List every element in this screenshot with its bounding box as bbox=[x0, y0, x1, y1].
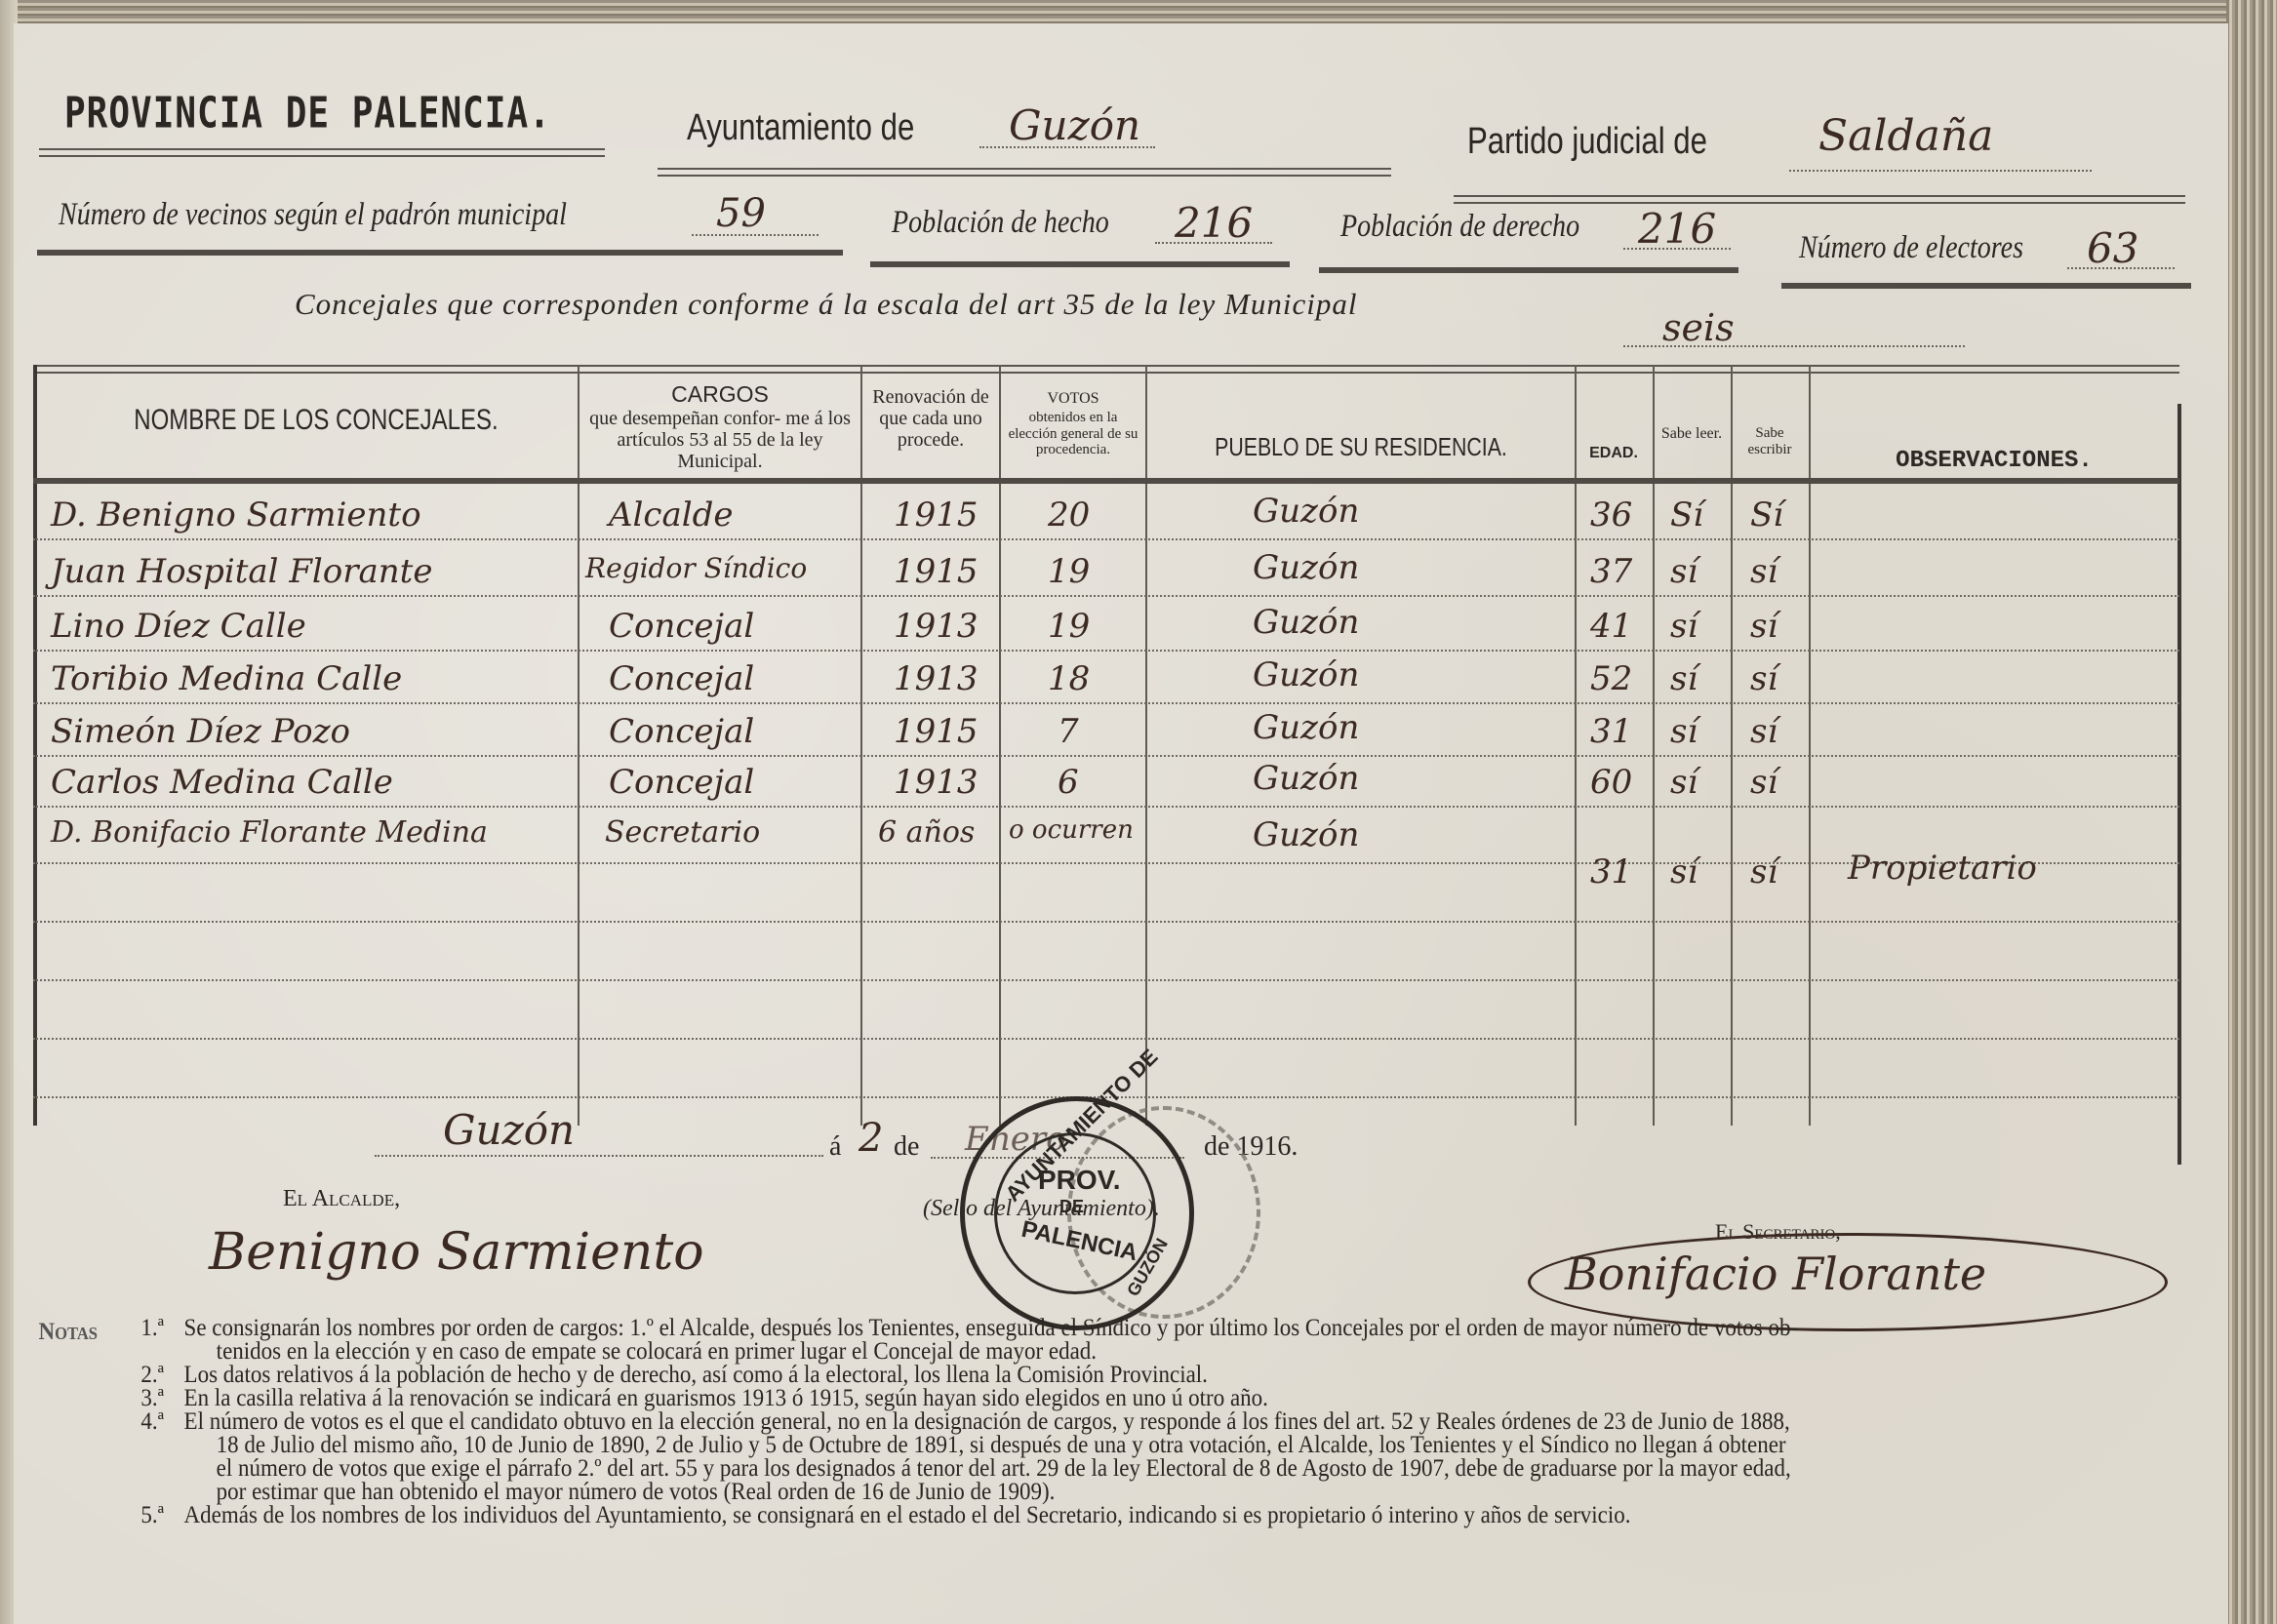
header-cargos-title: CARGOS bbox=[581, 382, 859, 407]
cell-cargo: Concejal bbox=[609, 659, 754, 698]
electores-value: 63 bbox=[2087, 224, 2138, 272]
province-title: PROVINCIA DE PALENCIA. bbox=[64, 90, 551, 138]
cell-renovacion: 1913 bbox=[894, 659, 979, 698]
note-num: 1.ª bbox=[140, 1316, 164, 1340]
place-field bbox=[375, 1155, 823, 1157]
book-top-edge bbox=[0, 0, 2277, 23]
ayuntamiento-label: Ayuntamiento de bbox=[687, 107, 914, 149]
rule bbox=[1454, 195, 2185, 204]
cell-nombre: Carlos Medina Calle bbox=[51, 763, 393, 802]
cell-leer: sí bbox=[1670, 763, 1698, 802]
cell-pueblo: Guzón bbox=[1253, 603, 1359, 642]
cell-pueblo: Guzón bbox=[1253, 548, 1359, 587]
rule bbox=[39, 148, 605, 157]
row-rule bbox=[33, 702, 2179, 704]
header-edad: EDAD. bbox=[1577, 445, 1651, 462]
cell-renovacion: 1915 bbox=[894, 495, 979, 535]
note-text: Se consignarán los nombres por orden de … bbox=[184, 1316, 1799, 1340]
header-pueblo: PUEBLO DE SU RESIDENCIA. bbox=[1187, 433, 1535, 461]
note-num: 5.ª bbox=[140, 1503, 164, 1527]
cell-leer: sí bbox=[1670, 659, 1698, 698]
header-renovacion: Renovación de que cada uno procede. bbox=[864, 386, 997, 451]
rule bbox=[658, 168, 1391, 177]
cell-votos: 6 bbox=[1058, 763, 1079, 802]
partido-label: Partido judicial de bbox=[1467, 121, 1707, 163]
date-day: 2 bbox=[859, 1116, 883, 1161]
cell-cargo: Concejal bbox=[609, 607, 754, 646]
cell-renovacion: 1915 bbox=[894, 552, 979, 591]
cell-nombre: D. Benigno Sarmiento bbox=[51, 495, 421, 535]
electores-label: Número de electores bbox=[1799, 230, 2023, 266]
cell-votos: o ocurren bbox=[1009, 815, 1134, 845]
rule bbox=[870, 261, 1290, 267]
rule bbox=[1781, 283, 2191, 289]
cell-cargo: Alcalde bbox=[609, 495, 734, 535]
cell-observaciones: Propietario bbox=[1848, 849, 2037, 888]
row-rule bbox=[33, 650, 2179, 652]
stamp-center-1: PROV. bbox=[1038, 1165, 1121, 1196]
notes-title: Notas bbox=[39, 1320, 98, 1344]
alcalde-label: El Alcalde, bbox=[283, 1186, 400, 1212]
row-rule bbox=[33, 1038, 2179, 1040]
note-text-cont: tenidos en la elección y en caso de empa… bbox=[217, 1339, 1097, 1364]
table-top-rule bbox=[33, 365, 2179, 374]
cell-cargo: Concejal bbox=[609, 712, 754, 751]
cell-nombre: Toribio Medina Calle bbox=[51, 659, 402, 698]
cell-edad: 52 bbox=[1590, 659, 1632, 698]
cell-votos: 19 bbox=[1048, 552, 1090, 591]
cell-cargo: Concejal bbox=[609, 763, 754, 802]
cell-nombre: Simeón Díez Pozo bbox=[51, 712, 350, 751]
cell-leer: sí bbox=[1670, 852, 1698, 891]
cell-renovacion: 6 años bbox=[878, 815, 975, 850]
row-rule bbox=[33, 979, 2179, 981]
document-page: PROVINCIA DE PALENCIA. Ayuntamiento de G… bbox=[14, 23, 2228, 1624]
table-border-right bbox=[2177, 404, 2181, 1165]
note-text: Además de los nombres de los individuos … bbox=[184, 1503, 1631, 1527]
cell-pueblo: Guzón bbox=[1253, 708, 1359, 747]
partido-value: Saldaña bbox=[1818, 111, 1993, 161]
cell-leer: Sí bbox=[1670, 495, 1703, 535]
cell-cargo: Regidor Síndico bbox=[585, 552, 807, 584]
note-text-cont: 18 de Julio del mismo año, 10 de Junio d… bbox=[217, 1433, 1786, 1457]
header-escribir: Sabe escribir bbox=[1733, 425, 1807, 457]
note-text-cont: por estimar que han obtenido el mayor nú… bbox=[217, 1480, 1056, 1504]
cell-votos: 7 bbox=[1058, 712, 1079, 751]
cell-leer: sí bbox=[1670, 607, 1698, 646]
cell-edad: 31 bbox=[1590, 852, 1632, 891]
hecho-label: Población de hecho bbox=[892, 205, 1109, 241]
concejales-value: seis bbox=[1662, 306, 1735, 349]
note-num: 2.ª bbox=[140, 1363, 164, 1387]
cell-escribir: sí bbox=[1750, 659, 1778, 698]
vecinos-value: 59 bbox=[716, 191, 766, 236]
cell-nombre: Juan Hospital Florante bbox=[51, 552, 432, 591]
header-bottom-rule bbox=[33, 478, 2179, 484]
derecho-value: 216 bbox=[1638, 205, 1716, 253]
header-cargos-sub: que desempeñan confor- me á los artículo… bbox=[581, 408, 859, 472]
vecinos-label: Número de vecinos según el padrón munici… bbox=[59, 197, 567, 233]
municipal-stamp: AYUNTAMIENTO DE PROV. DE PALENCIA GUZÓN bbox=[950, 1091, 1262, 1326]
cell-edad: 41 bbox=[1590, 607, 1632, 646]
cell-edad: 31 bbox=[1590, 712, 1632, 751]
concejales-label: Concejales que corresponden conforme á l… bbox=[295, 287, 1357, 322]
partido-field bbox=[1789, 170, 2092, 172]
rule bbox=[1319, 267, 1738, 273]
cell-edad: 37 bbox=[1590, 552, 1632, 591]
header-votos-sub: obtenidos en la elección general de su p… bbox=[1003, 410, 1143, 458]
book-right-edge bbox=[2226, 0, 2277, 1624]
cell-renovacion: 1913 bbox=[894, 607, 979, 646]
cell-pueblo: Guzón bbox=[1253, 492, 1359, 531]
cell-escribir: sí bbox=[1750, 607, 1778, 646]
cell-votos: 18 bbox=[1048, 659, 1090, 698]
cell-edad: 36 bbox=[1590, 495, 1632, 535]
row-rule bbox=[33, 921, 2179, 923]
row-rule bbox=[33, 538, 2179, 540]
date-a-label: á bbox=[829, 1131, 841, 1163]
alcalde-signature: Benigno Sarmiento bbox=[209, 1223, 704, 1282]
cell-leer: sí bbox=[1670, 552, 1698, 591]
cell-leer: sí bbox=[1670, 712, 1698, 751]
cell-pueblo: Guzón bbox=[1253, 759, 1359, 798]
cell-escribir: sí bbox=[1750, 552, 1778, 591]
row-rule bbox=[33, 755, 2179, 757]
header-observaciones: OBSERVACIONES. bbox=[1813, 449, 2176, 474]
cell-nombre: D. Bonifacio Florante Medina bbox=[51, 815, 488, 850]
cell-escribir: sí bbox=[1750, 852, 1778, 891]
cell-pueblo: Guzón bbox=[1253, 655, 1359, 694]
place-value: Guzón bbox=[443, 1106, 575, 1154]
row-rule bbox=[33, 806, 2179, 808]
note-num: 3.ª bbox=[140, 1386, 164, 1410]
header-votos-title: VOTOS bbox=[1003, 390, 1143, 408]
cell-renovacion: 1915 bbox=[894, 712, 979, 751]
cell-escribir: sí bbox=[1750, 763, 1778, 802]
note-text: En la casilla relativa á la renovación s… bbox=[184, 1386, 1268, 1410]
derecho-label: Población de derecho bbox=[1340, 209, 1579, 245]
cell-cargo: Secretario bbox=[605, 815, 760, 850]
cell-escribir: Sí bbox=[1750, 495, 1783, 535]
note-num: 4.ª bbox=[140, 1409, 164, 1434]
header-leer: Sabe leer. bbox=[1655, 425, 1729, 443]
cell-edad: 60 bbox=[1590, 763, 1632, 802]
note-text-cont: el número de votos que exige el párrafo … bbox=[217, 1456, 1791, 1481]
ayuntamiento-value: Guzón bbox=[1009, 101, 1140, 149]
cell-renovacion: 1913 bbox=[894, 763, 979, 802]
cell-escribir: sí bbox=[1750, 712, 1778, 751]
cell-pueblo: Guzón bbox=[1253, 815, 1359, 854]
concejales-table: NOMBRE DE LOS CONCEJALES. CARGOS que des… bbox=[33, 365, 2195, 1145]
row-rule bbox=[33, 595, 2179, 597]
stamp-center-2: DE bbox=[1059, 1197, 1084, 1217]
header-nombre: NOMBRE DE LOS CONCEJALES. bbox=[105, 404, 527, 436]
cell-nombre: Lino Díez Calle bbox=[51, 607, 306, 646]
hecho-value: 216 bbox=[1175, 199, 1253, 247]
date-de-label: de bbox=[894, 1131, 919, 1163]
note-text: Los datos relativos á la población de he… bbox=[184, 1363, 1208, 1387]
note-text: El número de votos es el que el candidat… bbox=[184, 1409, 1790, 1434]
rule bbox=[37, 250, 843, 256]
cell-votos: 20 bbox=[1048, 495, 1090, 535]
cell-votos: 19 bbox=[1048, 607, 1090, 646]
